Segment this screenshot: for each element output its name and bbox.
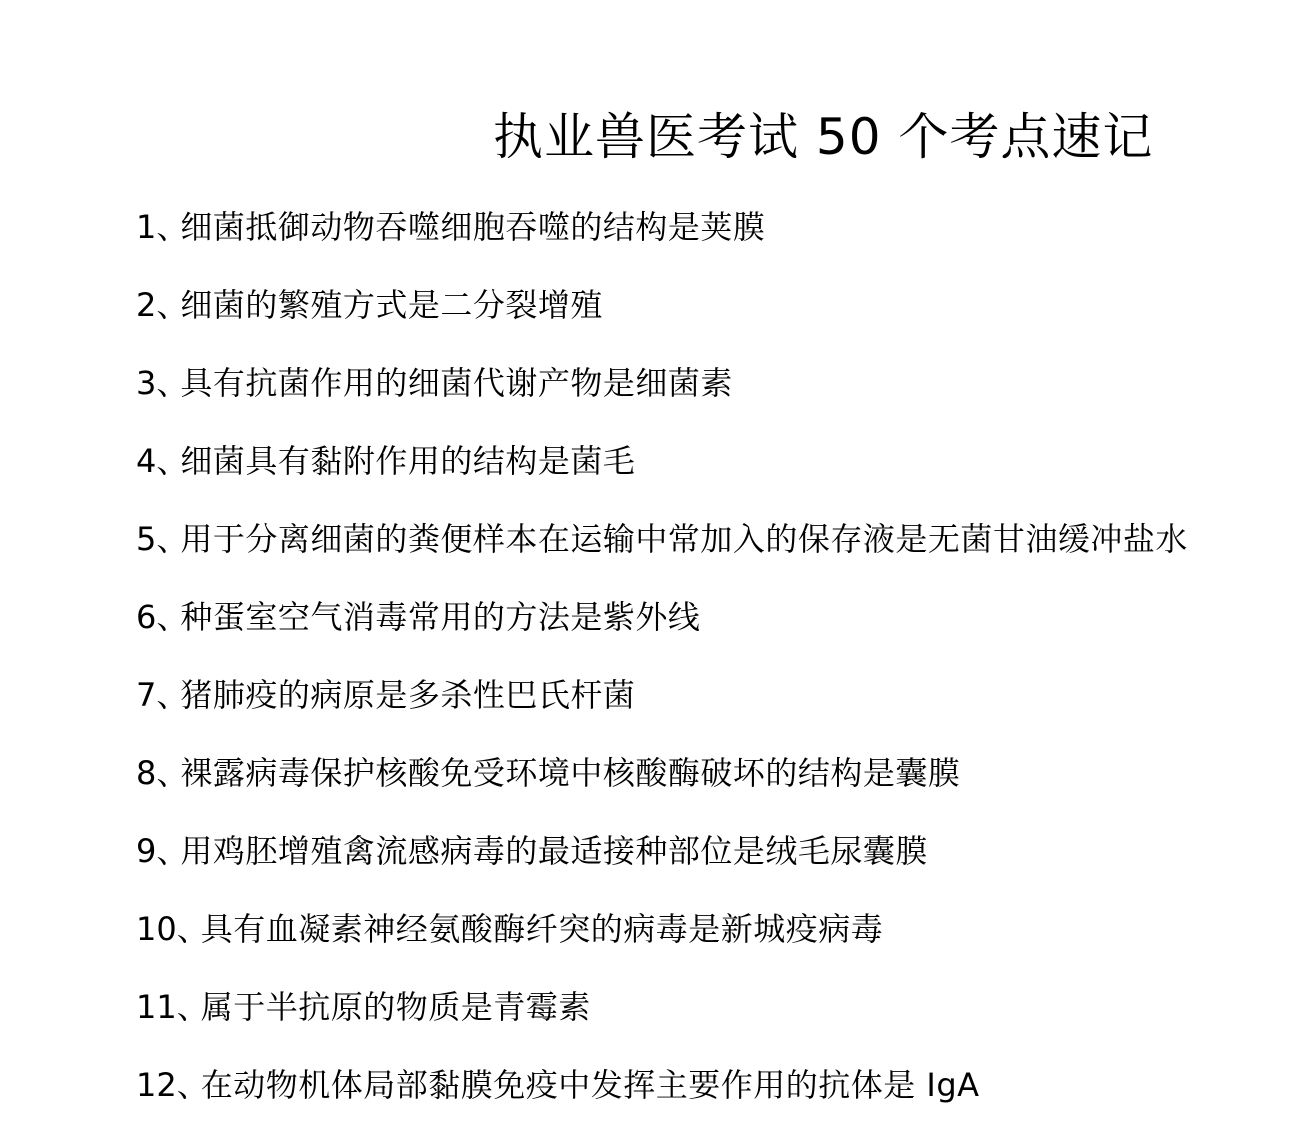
exam-points-list: 1、细菌抵御动物吞噬细胞吞噬的结构是荚膜 2、细菌的繁殖方式是二分裂增殖 3、具… (136, 204, 1188, 1134)
list-item: 5、用于分离细菌的粪便样本在运输中常加入的保存液是无菌甘油缓冲盐水 (136, 516, 1188, 594)
item-text: 裸露病毒保护核酸免受环境中核酸酶破坏的结构是囊膜 (180, 750, 960, 796)
item-text: 猪肺疫的病原是多杀性巴氏杆菌 (180, 672, 635, 718)
list-item: 3、具有抗菌作用的细菌代谢产物是细菌素 (136, 360, 1188, 438)
item-separator: 、 (156, 516, 180, 562)
item-text: 具有血凝素神经氨酸酶纤突的病毒是新城疫病毒 (201, 906, 884, 952)
item-number: 8 (136, 750, 156, 796)
item-separator: 、 (156, 594, 180, 640)
list-item: 2、细菌的繁殖方式是二分裂增殖 (136, 282, 1188, 360)
item-text: 细菌的繁殖方式是二分裂增殖 (180, 282, 603, 328)
item-text: 细菌具有黏附作用的结构是菌毛 (180, 438, 635, 484)
item-separator: 、 (177, 906, 201, 952)
page-title: 执业兽医考试 50 个考点速记 (493, 104, 1153, 170)
item-separator: 、 (156, 360, 180, 406)
list-item: 6、种蛋室空气消毒常用的方法是紫外线 (136, 594, 1188, 672)
item-text: 用于分离细菌的粪便样本在运输中常加入的保存液是无菌甘油缓冲盐水 (180, 516, 1188, 562)
list-item: 8、裸露病毒保护核酸免受环境中核酸酶破坏的结构是囊膜 (136, 750, 1188, 828)
item-number: 3 (136, 360, 156, 406)
item-separator: 、 (156, 282, 180, 328)
list-item: 7、猪肺疫的病原是多杀性巴氏杆菌 (136, 672, 1188, 750)
item-text: 具有抗菌作用的细菌代谢产物是细菌素 (180, 360, 733, 406)
item-number: 9 (136, 828, 156, 874)
item-number: 10 (136, 906, 177, 952)
item-number: 1 (136, 204, 156, 250)
item-number: 2 (136, 282, 156, 328)
item-number: 11 (136, 984, 177, 1030)
item-separator: 、 (177, 1062, 201, 1108)
item-number: 4 (136, 438, 156, 484)
item-text: 在动物机体局部黏膜免疫中发挥主要作用的抗体是 IgA (201, 1062, 980, 1108)
item-separator: 、 (156, 828, 180, 874)
item-separator: 、 (177, 984, 201, 1030)
item-number: 12 (136, 1062, 177, 1108)
item-separator: 、 (156, 438, 180, 484)
list-item: 10、具有血凝素神经氨酸酶纤突的病毒是新城疫病毒 (136, 906, 1188, 984)
list-item: 9、用鸡胚增殖禽流感病毒的最适接种部位是绒毛尿囊膜 (136, 828, 1188, 906)
item-separator: 、 (156, 750, 180, 796)
item-text: 种蛋室空气消毒常用的方法是紫外线 (180, 594, 700, 640)
item-separator: 、 (156, 672, 180, 718)
list-item: 4、细菌具有黏附作用的结构是菌毛 (136, 438, 1188, 516)
item-separator: 、 (156, 204, 180, 250)
list-item: 11、属于半抗原的物质是青霉素 (136, 984, 1188, 1062)
item-number: 6 (136, 594, 156, 640)
item-text: 细菌抵御动物吞噬细胞吞噬的结构是荚膜 (180, 204, 765, 250)
item-number: 5 (136, 516, 156, 562)
list-item: 12、在动物机体局部黏膜免疫中发挥主要作用的抗体是 IgA (136, 1062, 1188, 1134)
list-item: 1、细菌抵御动物吞噬细胞吞噬的结构是荚膜 (136, 204, 1188, 282)
item-text: 用鸡胚增殖禽流感病毒的最适接种部位是绒毛尿囊膜 (180, 828, 928, 874)
item-text: 属于半抗原的物质是青霉素 (201, 984, 591, 1030)
item-number: 7 (136, 672, 156, 718)
